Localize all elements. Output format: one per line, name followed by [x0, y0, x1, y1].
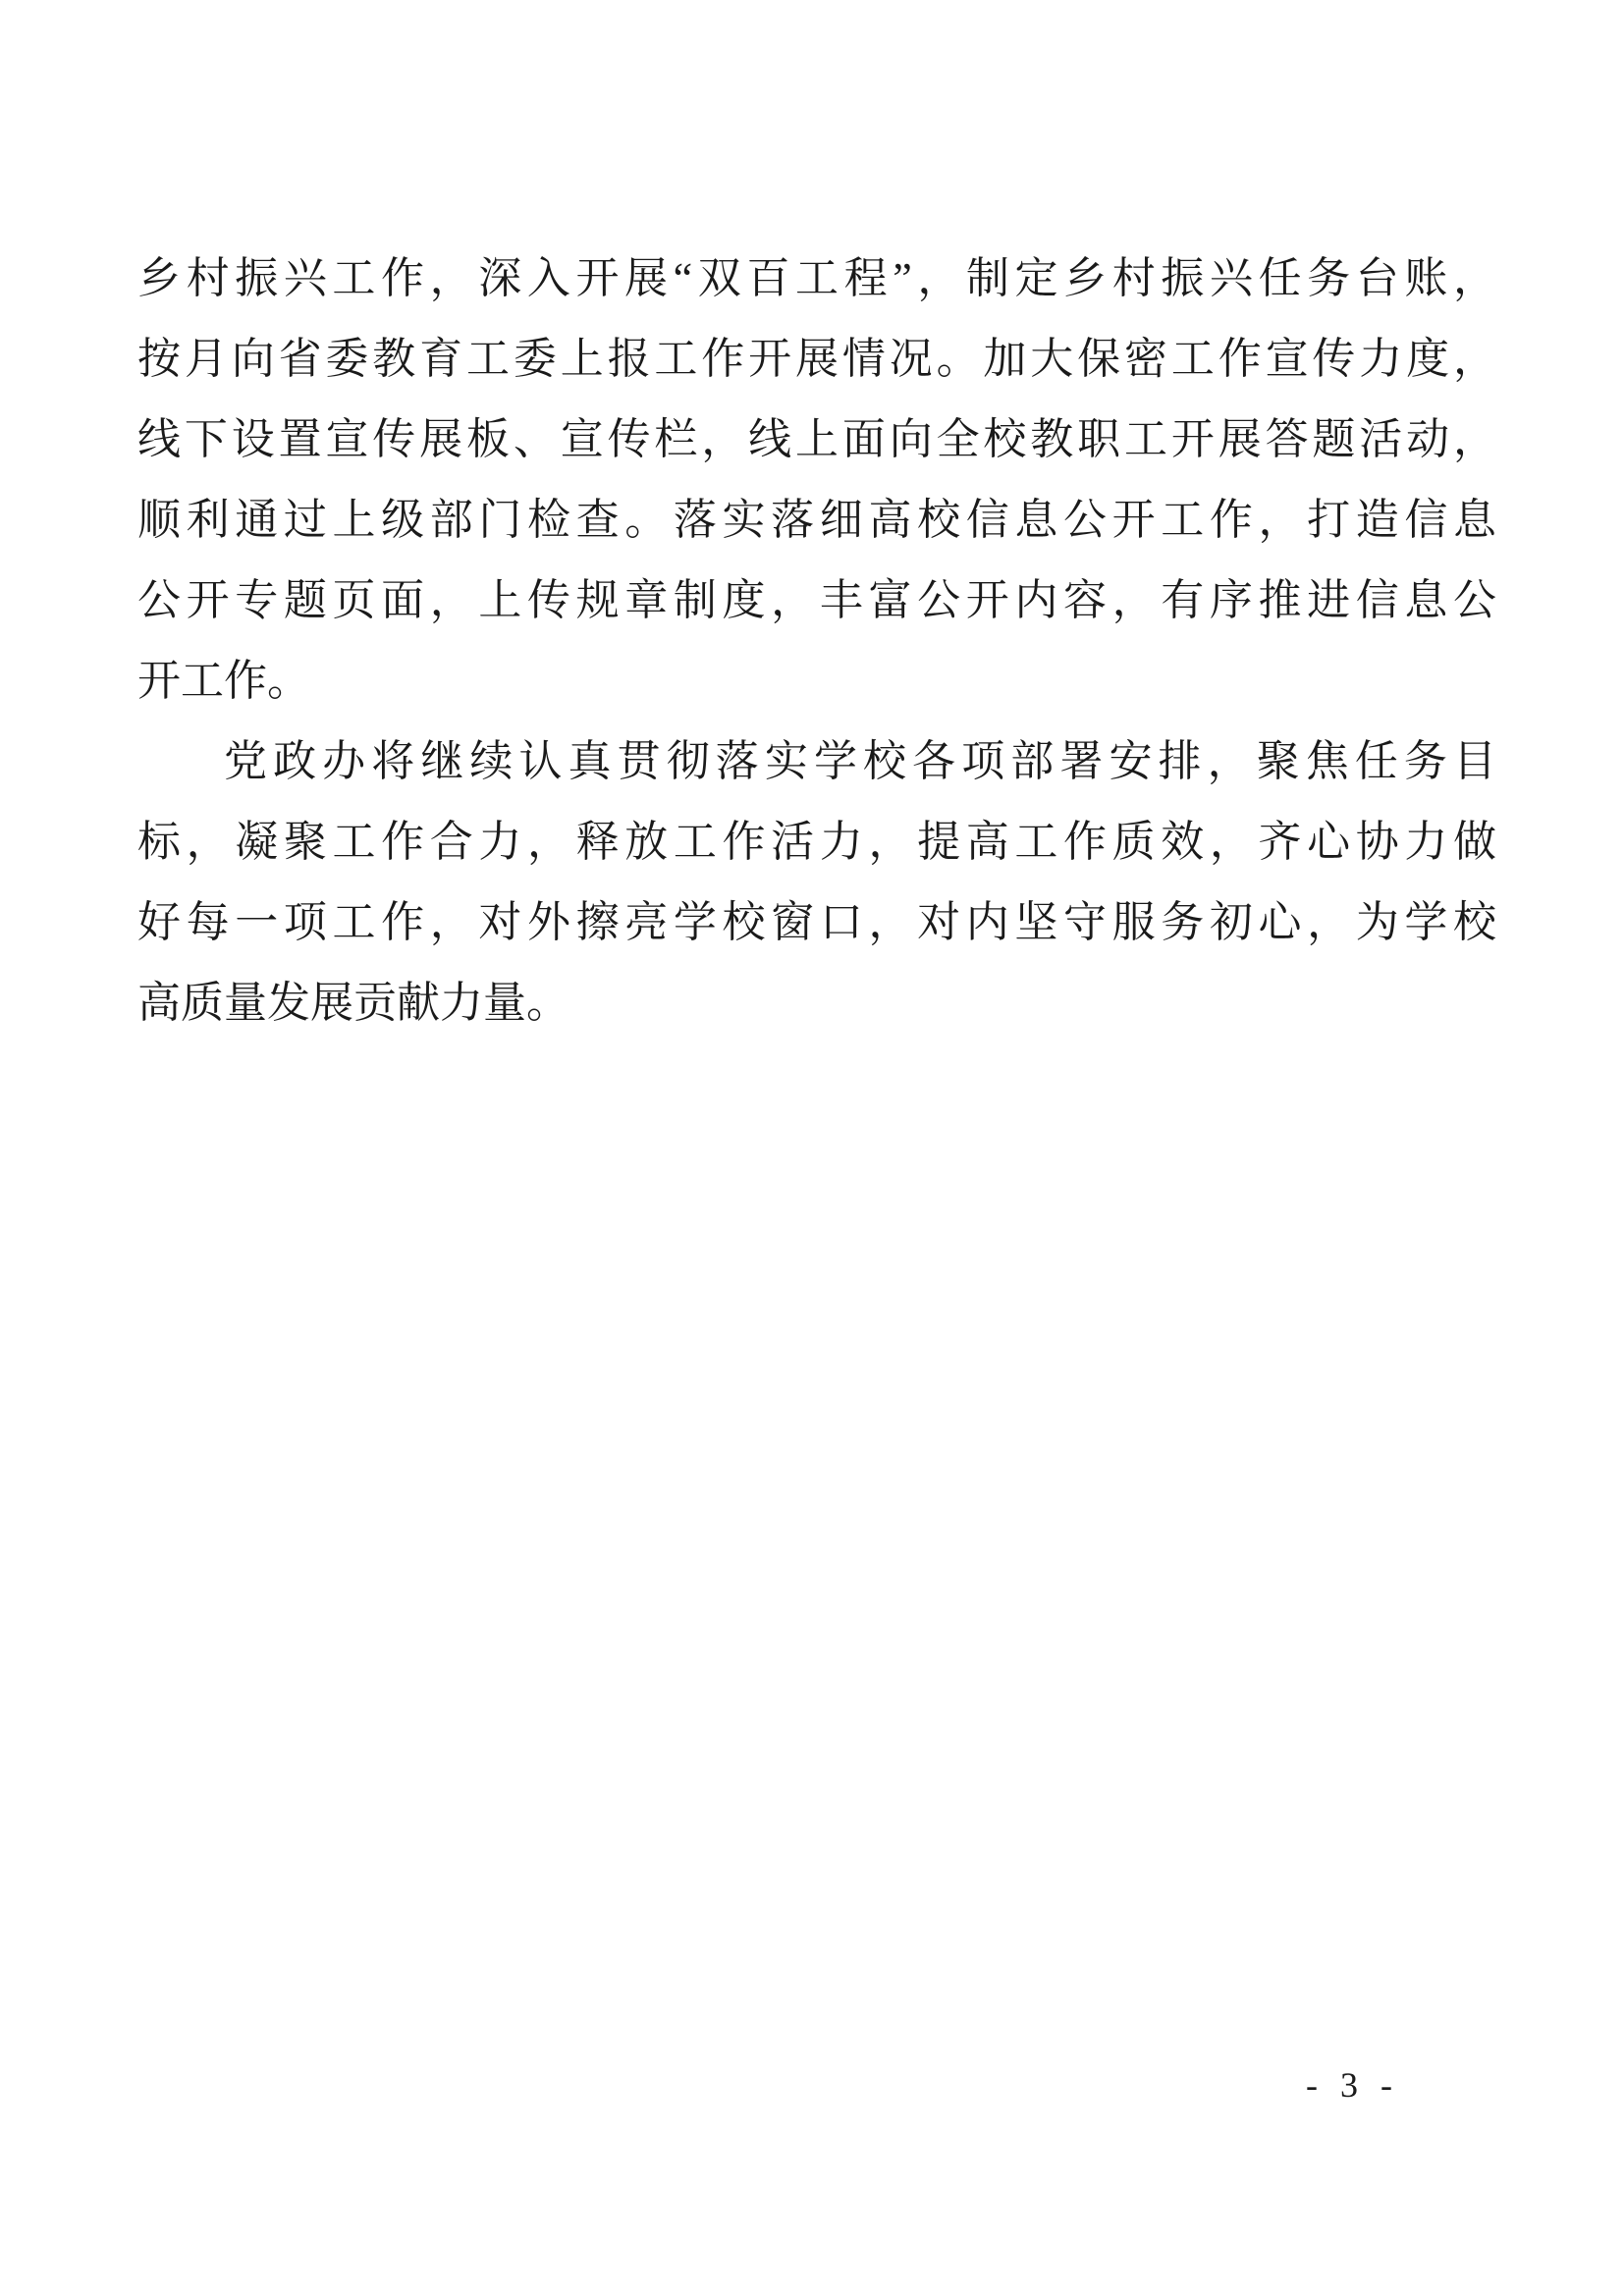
text-line: 党政办将继续认真贯彻落实学校各项部署安排，聚焦任务目: [137, 721, 1496, 802]
text-line: 乡村振兴工作，深入开展“双百工程”，制定乡村振兴任务台账，: [137, 239, 1496, 319]
page-number: - 3 -: [1306, 2064, 1399, 2106]
document-page: 乡村振兴工作，深入开展“双百工程”，制定乡村振兴任务台账， 按月向省委教育工委上…: [0, 0, 1624, 2296]
text-line: 线下设置宣传展板、宣传栏，线上面向全校教职工开展答题活动，: [137, 400, 1496, 480]
text-line: 好每一项工作，对外擦亮学校窗口，对内坚守服务初心，为学校: [137, 882, 1496, 963]
text-line: 高质量发展贡献力量。: [137, 963, 1496, 1043]
text-line: 顺利通过上级部门检查。落实落细高校信息公开工作，打造信息: [137, 480, 1496, 561]
text-line: 按月向省委教育工委上报工作开展情况。加大保密工作宣传力度，: [137, 319, 1496, 400]
text-line: 开工作。: [137, 641, 1496, 721]
text-line: 公开专题页面，上传规章制度，丰富公开内容，有序推进信息公: [137, 561, 1496, 641]
document-body: 乡村振兴工作，深入开展“双百工程”，制定乡村振兴任务台账， 按月向省委教育工委上…: [137, 239, 1496, 1043]
paragraph: 乡村振兴工作，深入开展“双百工程”，制定乡村振兴任务台账， 按月向省委教育工委上…: [137, 239, 1496, 721]
text-line: 标，凝聚工作合力，释放工作活力，提高工作质效，齐心协力做: [137, 802, 1496, 882]
paragraph: 党政办将继续认真贯彻落实学校各项部署安排，聚焦任务目 标，凝聚工作合力，释放工作…: [137, 721, 1496, 1043]
